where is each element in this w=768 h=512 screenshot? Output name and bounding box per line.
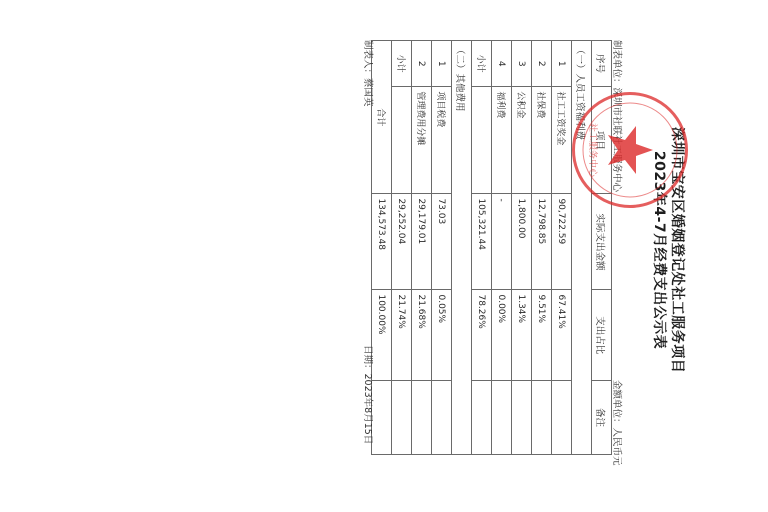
table-header-row: 序号 项目 实际支出金额 支出占比 备注 — [592, 41, 612, 455]
section-label: （二）其他费用 — [452, 41, 472, 455]
row-item: 公积金 — [512, 87, 532, 194]
row-pct: 0.05% — [432, 290, 452, 381]
table-row: 3公积金1,800.001.34% — [512, 41, 532, 455]
row-amount: - — [492, 194, 512, 290]
row-amount: 90,722.59 — [552, 194, 572, 290]
row-item: 社工工资奖金 — [552, 87, 572, 194]
row-note — [472, 381, 492, 455]
row-note — [492, 381, 512, 455]
row-no: 2 — [412, 41, 432, 87]
table-row: 1项目税费73.030.05% — [432, 41, 452, 455]
table-row: 小计29,252.0421.74% — [392, 41, 412, 455]
row-amount: 29,252.04 — [392, 194, 412, 290]
row-no: 3 — [512, 41, 532, 87]
row-pct: 78.26% — [472, 290, 492, 381]
row-note — [432, 381, 452, 455]
currency-unit: 金额单位：人民币元 — [611, 380, 625, 466]
row-no: 1 — [552, 41, 572, 87]
table-row: （二）其他费用 — [452, 41, 472, 455]
row-item: 福利费 — [492, 87, 512, 194]
row-pct: 1.34% — [512, 290, 532, 381]
row-amount: 1,800.00 — [512, 194, 532, 290]
document-subtitle: 2023年4-7月经费支出公示表 — [650, 40, 670, 460]
maker: 制表人：蔡国英 — [362, 40, 376, 107]
total-amount: 134,573.48 — [372, 194, 392, 290]
prepared-by-value: 深圳市社联社工服务中心 — [611, 88, 622, 193]
table-row: 4福利费-0.00% — [492, 41, 512, 455]
row-pct: 21.68% — [412, 290, 432, 381]
header-item: 项目 — [592, 87, 612, 194]
row-item — [472, 87, 492, 194]
row-item: 项目税费 — [432, 87, 452, 194]
row-no: 小计 — [392, 41, 412, 87]
row-note — [552, 381, 572, 455]
table-row: 2管理费用分摊29,179.0121.68% — [412, 41, 432, 455]
row-item: 社保费 — [532, 87, 552, 194]
row-pct: 21.74% — [392, 290, 412, 381]
header-pct: 支出占比 — [592, 290, 612, 381]
row-note — [512, 381, 532, 455]
header-note: 备注 — [592, 381, 612, 455]
row-item — [392, 87, 412, 194]
table-row: （一）人员工资福利费 — [572, 41, 592, 455]
row-note — [532, 381, 552, 455]
header-no: 序号 — [592, 41, 612, 87]
row-pct: 67.41% — [552, 290, 572, 381]
row-amount: 73.03 — [432, 194, 452, 290]
table-row: 2社保费12,798.859.51% — [532, 41, 552, 455]
row-note — [392, 381, 412, 455]
row-no: 1 — [432, 41, 452, 87]
table-row: 1社工工资奖金90,722.5967.41% — [552, 41, 572, 455]
header-amount: 实际支出金额 — [592, 194, 612, 290]
row-item: 管理费用分摊 — [412, 87, 432, 194]
row-no: 4 — [492, 41, 512, 87]
row-amount: 105,321.44 — [472, 194, 492, 290]
expense-table: 序号 项目 实际支出金额 支出占比 备注 （一）人员工资福利费1社工工资奖金90… — [371, 40, 612, 455]
date: 日期：2023年8月15日 — [362, 345, 376, 444]
table-body: （一）人员工资福利费1社工工资奖金90,722.5967.41%2社保费12,7… — [372, 41, 592, 455]
document-page: 深圳市宝安区婚姻登记处社工服务项目 2023年4-7月经费支出公示表 制表单位：… — [0, 0, 768, 512]
row-amount: 12,798.85 — [532, 194, 552, 290]
prepared-by-unit: 制表单位：深圳市社联社工服务中心 — [611, 40, 625, 192]
row-no: 小计 — [472, 41, 492, 87]
row-pct: 0.00% — [492, 290, 512, 381]
section-label: （一）人员工资福利费 — [572, 41, 592, 455]
document-title: 深圳市宝安区婚姻登记处社工服务项目 — [668, 40, 688, 460]
row-pct: 9.51% — [532, 290, 552, 381]
prepared-by-label: 制表单位： — [611, 40, 622, 88]
row-amount: 29,179.01 — [412, 194, 432, 290]
row-no: 2 — [532, 41, 552, 87]
table-row: 小计105,321.4478.26% — [472, 41, 492, 455]
row-note — [412, 381, 432, 455]
